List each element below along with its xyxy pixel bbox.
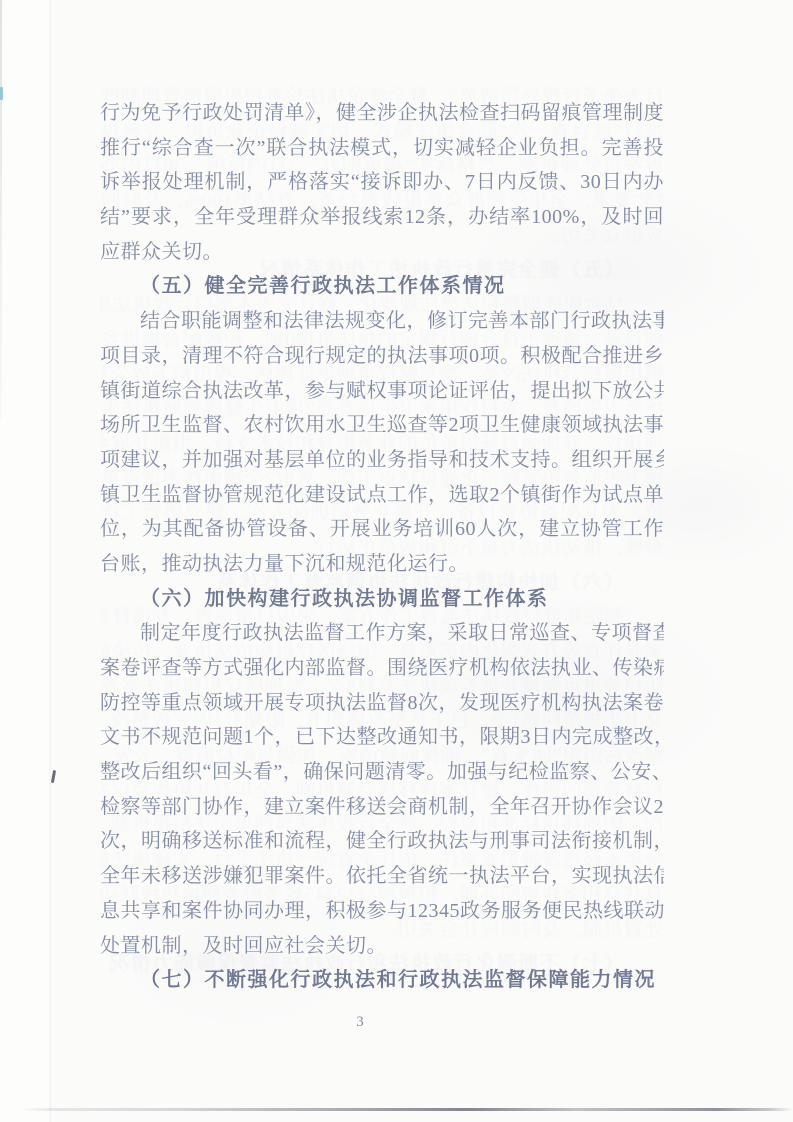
- text-line: 行为免予行政处罚清单》，健全涉企执法检查扫码留痕管理制度，: [100, 96, 664, 131]
- page-number: 3: [340, 1014, 380, 1031]
- text-line: 防控等重点领域开展专项执法监督8次，发现医疗机构执法案卷: [100, 686, 664, 721]
- scanned-document-page: 行为免予行政处罚清单》，健全涉企执法检查扫码留痕管理制度， 推行“综合查一次”联…: [0, 0, 793, 1122]
- section-heading-6: （六）加快构建行政执法协调监督工作体系: [100, 582, 664, 617]
- text-line: 制定年度行政执法监督工作方案，采取日常巡查、专项督查、: [100, 616, 664, 651]
- text-line: 镇卫生监督协管规范化建设试点工作，选取2个镇街作为试点单: [100, 478, 664, 513]
- section-heading-5: （五）健全完善行政执法工作体系情况: [100, 269, 664, 304]
- text-line: 结”要求，全年受理群众举报线索12条，办结率100%，及时回: [100, 200, 664, 235]
- text-line: 次，明确移送标准和流程，健全行政执法与刑事司法衔接机制，: [100, 824, 664, 859]
- scan-stray-pen-mark: [51, 770, 56, 783]
- text-line: 项建议，并加强对基层单位的业务指导和技术支持。组织开展乡: [100, 443, 664, 478]
- text-line: 息共享和案件协同办理，积极参与12345政务服务便民热线联动: [100, 894, 664, 929]
- text-line: 检察等部门协作，建立案件移送会商机制，全年召开协作会议2: [100, 790, 664, 825]
- scan-blue-tick-mark: [0, 87, 3, 100]
- text-line: 项目录，清理不符合现行规定的执法事项0项。积极配合推进乡: [100, 339, 664, 374]
- text-line: 台账，推动执法力量下沉和规范化运行。: [100, 547, 664, 582]
- text-line: 文书不规范问题1个，已下达整改通知书，限期3日内完成整改，: [100, 720, 664, 755]
- text-line: 场所卫生监督、农村饮用水卫生巡查等2项卫生健康领域执法事: [100, 408, 664, 443]
- text-line: 案卷评查等方式强化内部监督。围绕医疗机构依法执业、传染病: [100, 651, 664, 686]
- scan-left-edge: [0, 0, 2, 420]
- section-heading-7: （七）不断强化行政执法和行政执法监督保障能力情况: [100, 963, 664, 998]
- text-line: 诉举报处理机制，严格落实“接诉即办、7日内反馈、30日内办: [100, 165, 664, 200]
- text-line: 位，为其配备协管设备、开展业务培训60人次，建立协管工作: [100, 512, 664, 547]
- text-line: 推行“综合查一次”联合执法模式，切实减轻企业负担。完善投: [100, 131, 664, 166]
- scan-bottom-edge-shadow: [20, 1108, 793, 1111]
- text-line: 全年未移送涉嫌犯罪案件。依托全省统一执法平台，实现执法信: [100, 859, 664, 894]
- text-line: 应群众关切。: [100, 235, 664, 270]
- text-line: 结合职能调整和法律法规变化，修订完善本部门行政执法事: [100, 304, 664, 339]
- text-line: 整改后组织“回头看”，确保问题清零。加强与纪检监察、公安、: [100, 755, 664, 790]
- text-line: 处置机制，及时回应社会关切。: [100, 929, 664, 964]
- text-line: 镇街道综合执法改革，参与赋权事项论证评估，提出拟下放公共: [100, 374, 664, 409]
- text-column: 行为免予行政处罚清单》，健全涉企执法检查扫码留痕管理制度， 推行“综合查一次”联…: [100, 96, 664, 998]
